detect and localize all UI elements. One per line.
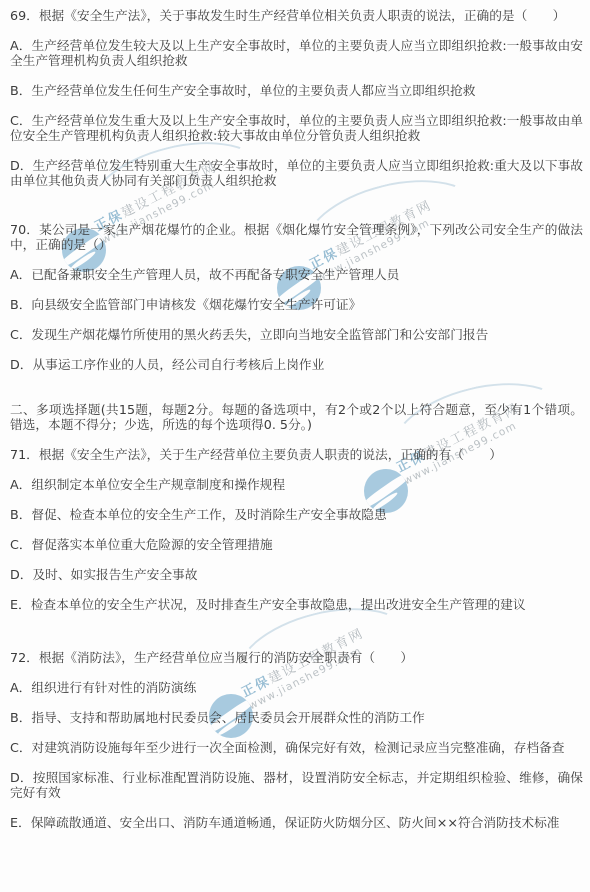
question-70-stem: 70．某公司是一家生产烟花爆竹的企业。根据《烟化爆竹安全管理条例》，下列改公司安…	[10, 222, 583, 252]
question-number: 71．	[10, 447, 39, 462]
option-text: 及时、如实报告生产安全事故	[32, 567, 197, 582]
question-71-option-d: D．及时、如实报告生产安全事故	[10, 567, 583, 582]
question-69-option-d: D．生产经营单位发生特别重大生产安全事故时，单位的主要负责人应当立即组织抢救:重…	[10, 158, 583, 188]
option-text: 保障疏散通道、安全出口、消防车通道畅通，保证防火防烟分区、防火间××符合消防技术…	[31, 815, 560, 830]
exam-document-page: 正保建设工程教育网 www.jianshe99.com 正保建设工程教育网 ww…	[0, 0, 590, 892]
question-70-option-d: D．从事运工序作业的人员，经公司自行考核后上岗作业	[10, 357, 583, 372]
option-text: 已配备兼职安全生产管理人员，故不再配备专职安全生产管理人员	[31, 267, 399, 282]
option-label: E．	[10, 815, 31, 830]
option-label: D．	[10, 357, 32, 372]
question-stem: 根据《消防法》，生产经营单位应当履行的消防安全职责有（ ）	[39, 650, 413, 665]
option-text: 从事运工序作业的人员，经公司自行考核后上岗作业	[32, 357, 324, 372]
question-number: 70．	[10, 222, 39, 237]
option-label: D．	[10, 770, 33, 785]
option-text: 按照国家标准、行业标准配置消防设施、器材，设置消防安全标志，并定期组织检验、维修…	[10, 770, 583, 800]
option-text: 督促落实本单位重大危险源的安全管理措施	[32, 537, 273, 552]
question-69-option-c: C．生产经营单位发生重大及以上生产安全事故时，单位的主要负责人应当立即组织抢救:…	[10, 113, 583, 143]
option-label: A．	[10, 38, 31, 53]
question-69-stem: 69．根据《安全生产法》，关于事故发生时生产经营单位相关负责人职责的说法，正确的…	[10, 8, 583, 23]
question-70-option-c: C．发现生产烟花爆竹所使用的黑火药丢失，立即向当地安全监管部门和公安部门报告	[10, 327, 583, 342]
question-71-stem: 71．根据《安全生产法》，关于生产经营单位主要负责人职责的说法，正确的有（ ）	[10, 447, 583, 462]
option-text: 检查本单位的安全生产状况，及时排查生产安全事故隐患，提出改进安全生产管理的建议	[31, 597, 526, 612]
question-69-option-a: A．生产经营单位发生较大及以上生产安全事故时，单位的主要负责人应当立即组织抢救:…	[10, 38, 583, 68]
question-stem: 根据《安全生产法》，关于生产经营单位主要负责人职责的说法，正确的有（ ）	[39, 447, 502, 462]
option-text: 生产经营单位发生任何生产安全事故时，单位的主要负责人都应当立即组织抢救	[31, 83, 475, 98]
question-72-option-d: D．按照国家标准、行业标准配置消防设施、器材，设置消防安全标志，并定期组织检验、…	[10, 770, 583, 800]
option-text: 对建筑消防设施每年至少进行一次全面检测，确保完好有效，检测记录应当完整准确，存档…	[32, 740, 565, 755]
question-72-stem: 72．根据《消防法》，生产经营单位应当履行的消防安全职责有（ ）	[10, 650, 583, 665]
option-label: D．	[10, 158, 33, 173]
option-text: 生产经营单位发生特别重大生产安全事故时，单位的主要负责人应当立即组织抢救:重大及…	[10, 158, 583, 188]
option-text: 向县级安全监管部门申请核发《烟花爆竹安全生产许可证》	[31, 297, 361, 312]
option-text: 发现生产烟花爆竹所使用的黑火药丢失，立即向当地安全监管部门和公安部门报告	[32, 327, 489, 342]
option-text: 督促、检查本单位的安全生产工作，及时消除生产安全事故隐患	[31, 507, 386, 522]
option-label: B．	[10, 83, 31, 98]
question-72-option-a: A．组织进行有针对性的消防演练	[10, 680, 583, 695]
exam-content: 69．根据《安全生产法》，关于事故发生时生产经营单位相关负责人职责的说法，正确的…	[0, 0, 590, 830]
question-72-option-b: B．指导、支持和帮助属地村民委员会、居民委员会开展群众性的消防工作	[10, 710, 583, 725]
question-71-option-c: C．督促落实本单位重大危险源的安全管理措施	[10, 537, 583, 552]
question-stem: 根据《安全生产法》，关于事故发生时生产经营单位相关负责人职责的说法，正确的是（ …	[39, 8, 566, 23]
option-text: 生产经营单位发生重大及以上生产安全事故时，单位的主要负责人应当立即组织抢救:一般…	[10, 113, 583, 143]
option-text: 组织进行有针对性的消防演练	[31, 680, 196, 695]
option-label: A．	[10, 267, 31, 282]
question-71-option-b: B．督促、检查本单位的安全生产工作，及时消除生产安全事故隐患	[10, 507, 583, 522]
option-label: E．	[10, 597, 31, 612]
question-stem: 某公司是一家生产烟花爆竹的企业。根据《烟化爆竹安全管理条例》，下列改公司安全生产…	[10, 222, 583, 252]
option-text: 指导、支持和帮助属地村民委员会、居民委员会开展群众性的消防工作	[31, 710, 424, 725]
question-69-option-b: B．生产经营单位发生任何生产安全事故时，单位的主要负责人都应当立即组织抢救	[10, 83, 583, 98]
option-label: C．	[10, 740, 32, 755]
option-text: 组织制定本单位安全生产规章制度和操作规程	[31, 477, 285, 492]
option-label: C．	[10, 113, 32, 128]
question-71-option-a: A．组织制定本单位安全生产规章制度和操作规程	[10, 477, 583, 492]
question-72-option-e: E．保障疏散通道、安全出口、消防车通道畅通，保证防火防烟分区、防火间××符合消防…	[10, 815, 583, 830]
option-label: A．	[10, 477, 31, 492]
question-71-option-e: E．检查本单位的安全生产状况，及时排查生产安全事故隐患，提出改进安全生产管理的建…	[10, 597, 583, 612]
section-header: 二、多项选择题(共15题，每题2分。每题的备选项中，有2个或2个以上符合题意，至…	[10, 402, 583, 432]
question-number: 69．	[10, 8, 39, 23]
option-label: C．	[10, 327, 32, 342]
question-70-option-b: B．向县级安全监管部门申请核发《烟花爆竹安全生产许可证》	[10, 297, 583, 312]
option-label: A．	[10, 680, 31, 695]
option-text: 生产经营单位发生较大及以上生产安全事故时，单位的主要负责人应当立即组织抢救:一般…	[10, 38, 583, 68]
option-label: C．	[10, 537, 32, 552]
question-70-option-a: A．已配备兼职安全生产管理人员，故不再配备专职安全生产管理人员	[10, 267, 583, 282]
question-72-option-c: C．对建筑消防设施每年至少进行一次全面检测，确保完好有效，检测记录应当完整准确，…	[10, 740, 583, 755]
option-label: D．	[10, 567, 32, 582]
question-number: 72．	[10, 650, 39, 665]
option-label: B．	[10, 710, 31, 725]
option-label: B．	[10, 507, 31, 522]
option-label: B．	[10, 297, 31, 312]
